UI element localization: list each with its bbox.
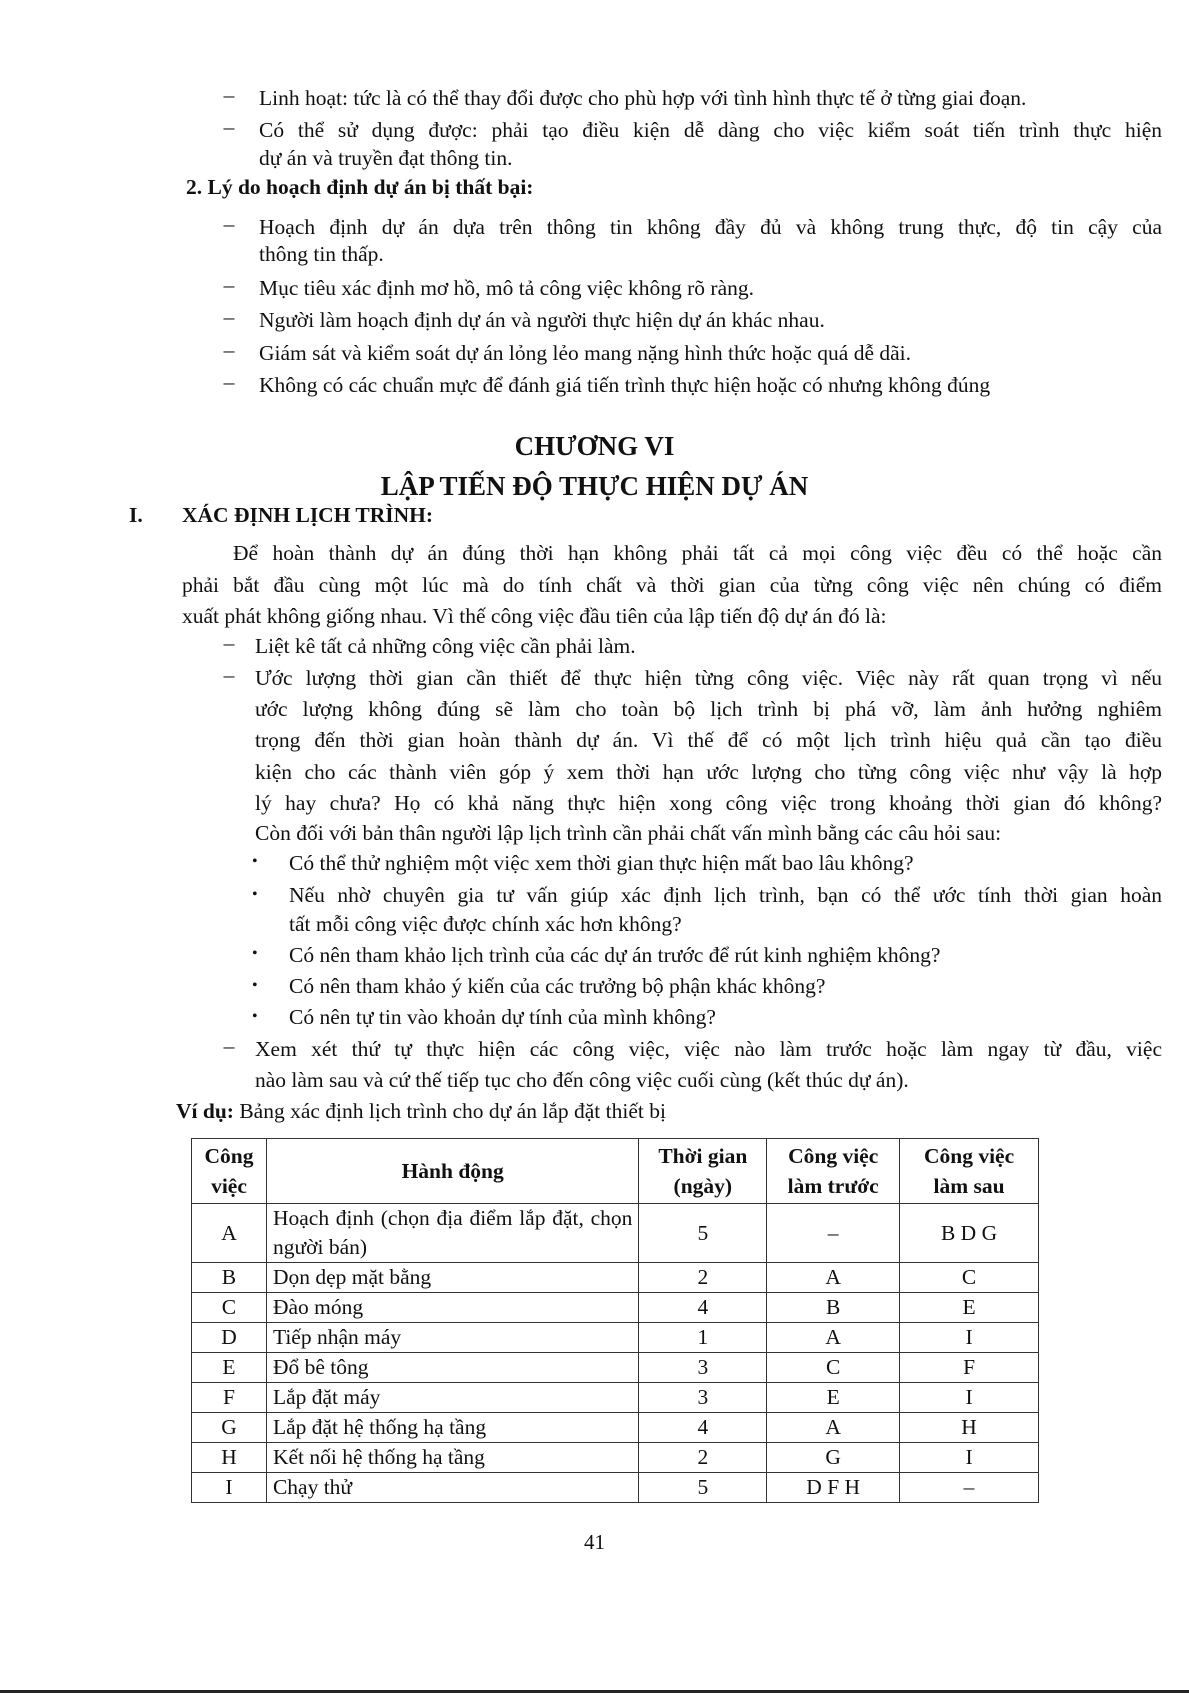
bullet-dot: • bbox=[252, 886, 258, 904]
step-ordering: nào làm sau và cứ thế tiếp tục cho đến c… bbox=[255, 1065, 909, 1095]
duration-cell: 3 bbox=[639, 1353, 767, 1383]
bullet-flexible: Linh hoạt: tức là có thể thay đổi được c… bbox=[259, 83, 1026, 113]
task-cell: G bbox=[192, 1413, 267, 1443]
section-heading: 2. Lý do hoạch định dự án bị thất bại: bbox=[186, 172, 533, 202]
action-cell: Kết nối hệ thống hạ tầng bbox=[266, 1443, 638, 1473]
predecessor-cell: A bbox=[767, 1263, 900, 1293]
action-cell: Hoạch định (chọn địa điểm lắp đặt, chọn … bbox=[266, 1204, 638, 1263]
dash-marker: – bbox=[222, 212, 236, 237]
duration-cell: 5 bbox=[639, 1473, 767, 1503]
page-number: 41 bbox=[0, 1530, 1189, 1555]
action-cell: Đào móng bbox=[266, 1293, 638, 1323]
chapter-number: CHƯƠNG VI bbox=[0, 428, 1189, 464]
successor-cell: E bbox=[900, 1293, 1039, 1323]
question-item-cont: tất mỗi công việc được chính xác hơn khô… bbox=[289, 909, 682, 939]
failure-reason: Giám sát và kiểm soát dự án lỏng lẻo man… bbox=[259, 338, 911, 368]
action-cell: Lắp đặt hệ thống hạ tầng bbox=[266, 1413, 638, 1443]
dash-marker: – bbox=[222, 631, 236, 656]
step-estimate-time: trọng đến thời gian hoàn thành dự án. Vì… bbox=[255, 725, 1162, 755]
successor-cell: I bbox=[900, 1443, 1039, 1473]
failure-reason: Hoạch định dự án dựa trên thông tin khôn… bbox=[259, 212, 1162, 242]
duration-cell: 1 bbox=[639, 1323, 767, 1353]
task-cell: C bbox=[192, 1293, 267, 1323]
header-predecessor: Công việclàm trước bbox=[767, 1139, 900, 1204]
step-list-tasks: Liệt kê tất cả những công việc cần phải … bbox=[255, 631, 636, 661]
bullet-dot: • bbox=[252, 1008, 258, 1026]
successor-cell: F bbox=[900, 1353, 1039, 1383]
dash-marker: – bbox=[222, 1034, 236, 1059]
table-row: BDọn dẹp mặt bằng2AC bbox=[192, 1263, 1039, 1293]
dash-marker: – bbox=[222, 115, 236, 140]
successor-cell: C bbox=[900, 1263, 1039, 1293]
duration-cell: 2 bbox=[639, 1263, 767, 1293]
dash-marker: – bbox=[222, 305, 236, 330]
table-row: CĐào móng4BE bbox=[192, 1293, 1039, 1323]
task-cell: B bbox=[192, 1263, 267, 1293]
step-estimate-time: ước lượng không đúng sẽ làm cho toàn bộ … bbox=[255, 694, 1162, 724]
table-row: DTiếp nhận máy1AI bbox=[192, 1323, 1039, 1353]
intro-paragraph: phải bắt đầu cùng một lúc mà do tính chấ… bbox=[182, 570, 1162, 600]
table-header-row: Côngviệc Hành động Thời gian(ngày) Công … bbox=[192, 1139, 1039, 1204]
table-row: IChạy thử5D F H– bbox=[192, 1473, 1039, 1503]
successor-cell: H bbox=[900, 1413, 1039, 1443]
predecessor-cell: A bbox=[767, 1413, 900, 1443]
step-estimate-time: kiện cho các thành viên góp ý xem thời h… bbox=[255, 757, 1162, 787]
failure-reason: Không có các chuẩn mực để đánh giá tiến … bbox=[259, 370, 990, 400]
predecessor-cell: A bbox=[767, 1323, 900, 1353]
predecessor-cell: – bbox=[767, 1204, 900, 1263]
bullet-dot: • bbox=[252, 945, 258, 963]
section-heading: XÁC ĐỊNH LỊCH TRÌNH: bbox=[182, 500, 433, 530]
failure-reason-cont: thông tin thấp. bbox=[259, 239, 384, 269]
question-item: Có nên tham khảo lịch trình của các dự á… bbox=[289, 940, 940, 970]
example-text: Bảng xác định lịch trình cho dự án lắp đ… bbox=[239, 1099, 666, 1123]
document-page: – Linh hoạt: tức là có thể thay đổi được… bbox=[0, 0, 1189, 1693]
step-ordering: Xem xét thứ tự thực hiện các công việc, … bbox=[255, 1034, 1162, 1064]
successor-cell: I bbox=[900, 1383, 1039, 1413]
bullet-dot: • bbox=[252, 853, 258, 871]
task-cell: A bbox=[192, 1204, 267, 1263]
step-estimate-time: Ước lượng thời gian cần thiết để thực hi… bbox=[255, 663, 1162, 693]
action-cell: Tiếp nhận máy bbox=[266, 1323, 638, 1353]
section-roman: I. bbox=[129, 500, 143, 530]
task-cell: E bbox=[192, 1353, 267, 1383]
dash-marker: – bbox=[222, 273, 236, 298]
question-item: Nếu nhờ chuyên gia tư vấn giúp xác định … bbox=[289, 880, 1162, 910]
action-cell: Chạy thử bbox=[266, 1473, 638, 1503]
predecessor-cell: B bbox=[767, 1293, 900, 1323]
table-row: GLắp đặt hệ thống hạ tầng4AH bbox=[192, 1413, 1039, 1443]
intro-paragraph: xuất phát không giống nhau. Vì thế công … bbox=[182, 601, 886, 631]
action-cell: Lắp đặt máy bbox=[266, 1383, 638, 1413]
successor-cell: B D G bbox=[900, 1204, 1039, 1263]
table-row: HKết nối hệ thống hạ tầng2GI bbox=[192, 1443, 1039, 1473]
question-item: Có thể thử nghiệm một việc xem thời gian… bbox=[289, 848, 914, 878]
step-estimate-time: lý hay chưa? Họ có khả năng thực hiện xo… bbox=[255, 788, 1162, 818]
predecessor-cell: G bbox=[767, 1443, 900, 1473]
duration-cell: 5 bbox=[639, 1204, 767, 1263]
header-successor: Công việclàm sau bbox=[900, 1139, 1039, 1204]
bullet-usable-cont: dự án và truyền đạt thông tin. bbox=[259, 143, 512, 173]
dash-marker: – bbox=[222, 83, 236, 108]
bullet-usable: Có thể sử dụng được: phải tạo điều kiện … bbox=[259, 115, 1162, 145]
header-action: Hành động bbox=[266, 1139, 638, 1204]
failure-reason: Người làm hoạch định dự án và người thực… bbox=[259, 305, 825, 335]
predecessor-cell: D F H bbox=[767, 1473, 900, 1503]
chapter-title: LẬP TIẾN ĐỘ THỰC HIỆN DỰ ÁN bbox=[0, 468, 1189, 504]
bullet-dot: • bbox=[252, 977, 258, 995]
task-cell: D bbox=[192, 1323, 267, 1353]
table-row: FLắp đặt máy3EI bbox=[192, 1383, 1039, 1413]
duration-cell: 3 bbox=[639, 1383, 767, 1413]
duration-cell: 2 bbox=[639, 1443, 767, 1473]
failure-reason: Mục tiêu xác định mơ hồ, mô tả công việc… bbox=[259, 273, 754, 303]
table-row: AHoạch định (chọn địa điểm lắp đặt, chọn… bbox=[192, 1204, 1039, 1263]
example-caption: Ví dụ: Bảng xác định lịch trình cho dự á… bbox=[176, 1096, 666, 1126]
question-item: Có nên tham khảo ý kiến của các trưởng b… bbox=[289, 971, 825, 1001]
predecessor-cell: E bbox=[767, 1383, 900, 1413]
example-label: Ví dụ: bbox=[176, 1099, 234, 1123]
question-item: Có nên tự tin vào khoản dự tính của mình… bbox=[289, 1002, 716, 1032]
header-duration: Thời gian(ngày) bbox=[639, 1139, 767, 1204]
dash-marker: – bbox=[222, 663, 236, 688]
duration-cell: 4 bbox=[639, 1293, 767, 1323]
duration-cell: 4 bbox=[639, 1413, 767, 1443]
step-estimate-time: Còn đối với bản thân người lập lịch trìn… bbox=[255, 818, 1001, 848]
dash-marker: – bbox=[222, 338, 236, 363]
predecessor-cell: C bbox=[767, 1353, 900, 1383]
action-cell: Dọn dẹp mặt bằng bbox=[266, 1263, 638, 1293]
action-cell: Đổ bê tông bbox=[266, 1353, 638, 1383]
header-task: Côngviệc bbox=[192, 1139, 267, 1204]
dash-marker: – bbox=[222, 370, 236, 395]
table-row: EĐổ bê tông3CF bbox=[192, 1353, 1039, 1383]
schedule-table: Côngviệc Hành động Thời gian(ngày) Công … bbox=[191, 1138, 1039, 1503]
task-cell: I bbox=[192, 1473, 267, 1503]
intro-paragraph: Để hoàn thành dự án đúng thời hạn không … bbox=[233, 538, 1162, 568]
successor-cell: I bbox=[900, 1323, 1039, 1353]
task-cell: F bbox=[192, 1383, 267, 1413]
successor-cell: – bbox=[900, 1473, 1039, 1503]
task-cell: H bbox=[192, 1443, 267, 1473]
